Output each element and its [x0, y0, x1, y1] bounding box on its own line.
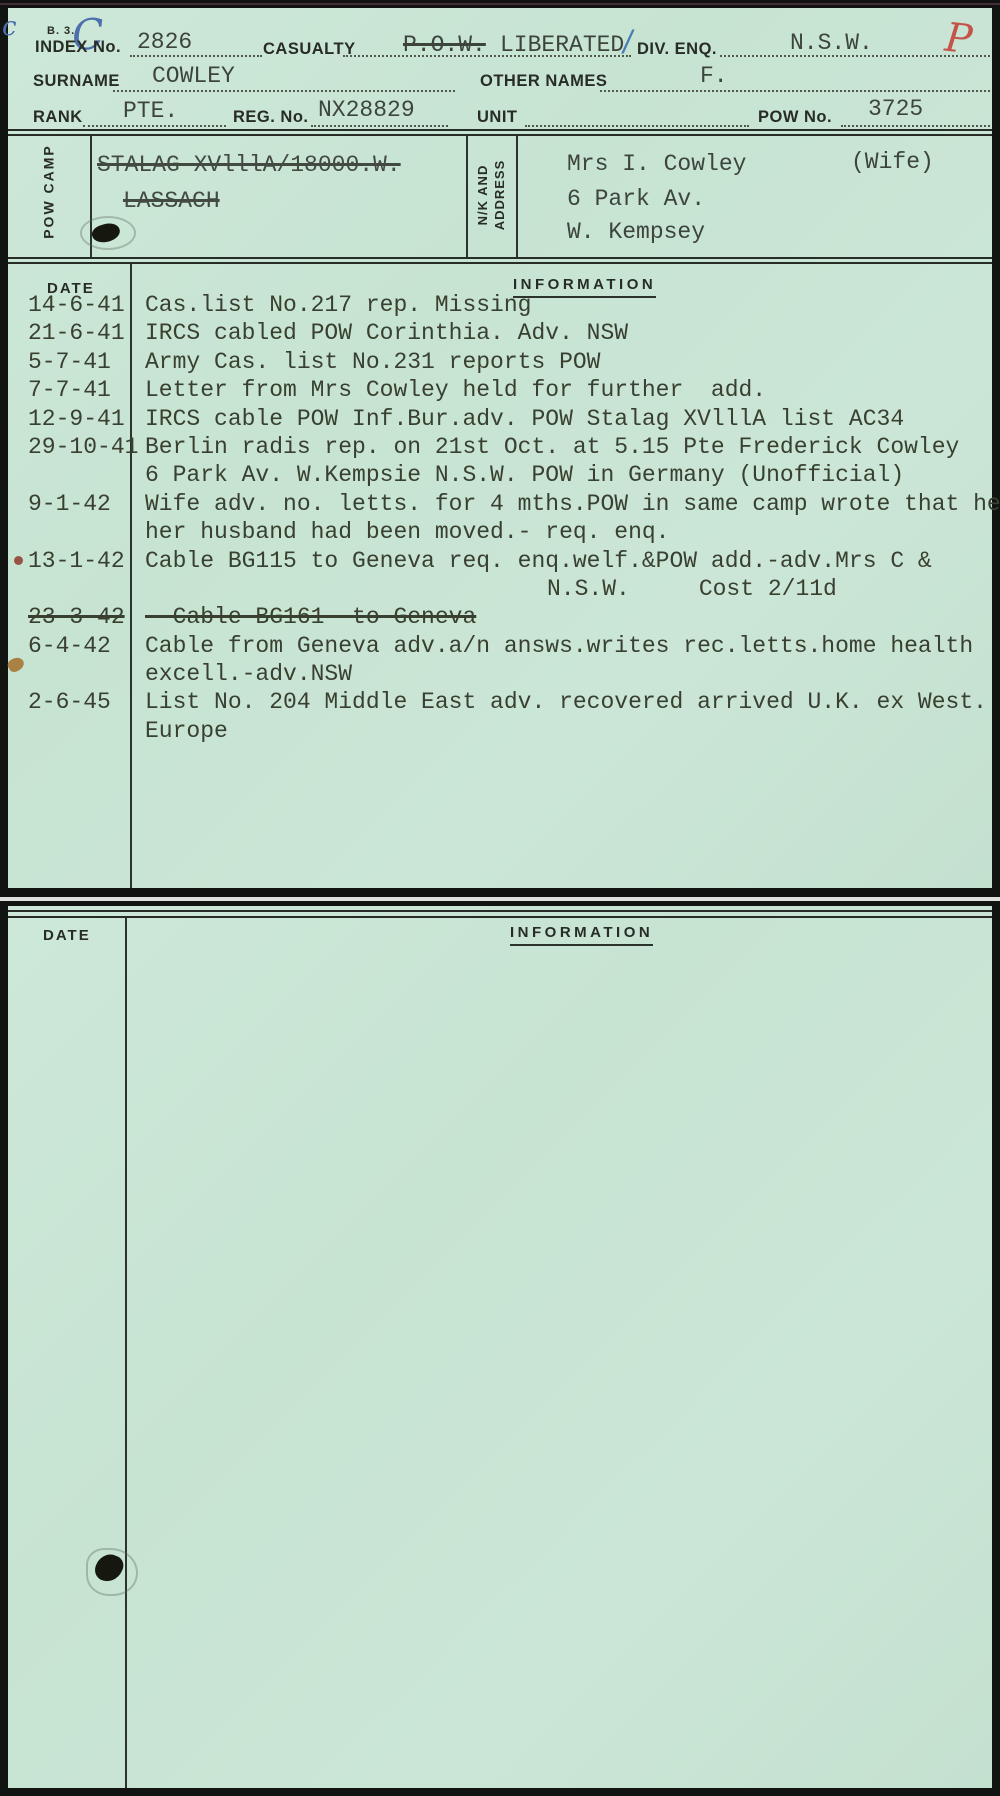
entry-date: 6-4-42 — [28, 632, 111, 660]
entry-date: 9-1-42 — [28, 490, 111, 518]
pow-record-card-front: c B. 3. C INDEX No. 2826 CASUALTY P.O.W.… — [8, 8, 992, 888]
table-row-line: 29-10-41Berlin radis rep. on 21st Oct. a… — [8, 433, 992, 461]
div-enq-label: DIV. ENQ. — [637, 40, 717, 59]
red-annotation-dot — [14, 556, 23, 565]
information-column-header: INFORMATION — [510, 924, 653, 946]
pow-record-card-back: DATE INFORMATION — [8, 906, 992, 1788]
entry-text: N.S.W. Cost 2/11d — [547, 575, 837, 603]
index-no-dotted-line — [130, 55, 262, 57]
entry-text: Army Cas. list No.231 reports POW — [145, 348, 600, 376]
entry-date: 12-9-41 — [28, 405, 125, 433]
horizontal-rule — [8, 134, 992, 136]
entry-date: 2-6-45 — [28, 688, 111, 716]
scan-edge-artifact — [0, 3, 1000, 5]
nok-address-vertical-label: N/K AND ADDRESS — [474, 140, 508, 250]
entry-date: 13-1-42 — [28, 547, 125, 575]
other-names-label: OTHER NAMES — [480, 72, 607, 91]
entry-date: 7-7-41 — [28, 376, 111, 404]
reg-no-dotted-line — [311, 125, 448, 127]
entry-text: Cable from Geneva adv.a/n answs.writes r… — [145, 632, 973, 660]
table-row-line: Europe — [8, 717, 992, 745]
surname-label: SURNAME — [33, 72, 120, 91]
index-no-label: INDEX No. — [35, 38, 121, 57]
table-row-line: 5-7-41Army Cas. list No.231 reports POW — [8, 348, 992, 376]
handwritten-red-p: P — [943, 15, 975, 64]
rank-value: PTE. — [123, 98, 178, 124]
entry-text: her husband had been moved.- req. enq. — [145, 518, 670, 546]
pow-no-dotted-line — [841, 125, 990, 127]
table-row-line: 6-4-42Cable from Geneva adv.a/n answs.wr… — [8, 632, 992, 660]
entry-text: excell.-adv.NSW — [145, 660, 352, 688]
other-names-dotted-line — [600, 90, 990, 92]
horizontal-rule — [8, 262, 992, 264]
entry-text: Cas.list No.217 rep. Missing — [145, 291, 531, 319]
handwritten-small-c: c — [2, 12, 17, 42]
pow-no-label: POW No. — [758, 108, 832, 127]
table-row-line: her husband had been moved.- req. enq. — [8, 518, 992, 546]
entry-text: List No. 204 Middle East adv. recovered … — [145, 688, 987, 716]
entry-text: 6 Park Av. W.Kempsie N.S.W. POW in Germa… — [145, 461, 904, 489]
pow-no-value: 3725 — [868, 96, 923, 122]
pow-camp-line2: LASSACH — [123, 188, 220, 214]
pow-camp-vertical-label: POW CAMP — [41, 127, 58, 257]
entry-date: 14-6-41 — [28, 291, 125, 319]
unit-label: UNIT — [477, 108, 518, 127]
entry-text: Europe — [145, 717, 228, 745]
horizontal-rule — [8, 910, 992, 912]
casualty-struck-value: P.O.W. — [403, 32, 486, 58]
casualty-label: CASUALTY — [263, 40, 356, 59]
information-entries: 14-6-41Cas.list No.217 rep. Missing21-6-… — [8, 291, 992, 745]
reg-no-value: NX28829 — [318, 97, 415, 123]
table-row-line: excell.-adv.NSW — [8, 660, 992, 688]
index-no-value: 2826 — [137, 29, 192, 55]
nok-relation: (Wife) — [851, 149, 934, 175]
rank-label: RANK — [33, 108, 83, 127]
table-row-line: 7-7-41Letter from Mrs Cowley held for fu… — [8, 376, 992, 404]
entry-date: 23-3-42 — [28, 603, 125, 631]
entry-text: IRCS cabled POW Corinthia. Adv. NSW — [145, 319, 628, 347]
handwritten-slash: / — [623, 24, 632, 61]
other-names-value: F. — [700, 63, 728, 89]
vertical-divider — [516, 135, 518, 259]
nok-address-line1: 6 Park Av. — [567, 186, 705, 212]
horizontal-rule — [8, 257, 992, 259]
table-row-line: 23-3-42- Cable BG161- to Geneva — [8, 603, 992, 631]
reg-no-label: REG. No. — [233, 108, 309, 127]
entry-text: IRCS cable POW Inf.Bur.adv. POW Stalag X… — [145, 405, 904, 433]
table-row-line: 21-6-41IRCS cabled POW Corinthia. Adv. N… — [8, 319, 992, 347]
nok-name: Mrs I. Cowley — [567, 151, 746, 177]
table-row-line: N.S.W. Cost 2/11d — [8, 575, 992, 603]
entry-text: Cable BG115 to Geneva req. enq.welf.&POW… — [145, 547, 932, 575]
table-row-line: 2-6-45List No. 204 Middle East adv. reco… — [8, 688, 992, 716]
date-column-divider — [125, 918, 127, 1788]
entry-date: 29-10-41 — [28, 433, 138, 461]
unit-dotted-line — [525, 125, 749, 127]
scanned-pow-record-photo: c B. 3. C INDEX No. 2826 CASUALTY P.O.W.… — [0, 0, 1000, 1796]
vertical-divider — [466, 135, 468, 259]
entry-text: - Cable BG161- to Geneva — [145, 603, 476, 631]
table-row-line: 9-1-42Wife adv. no. letts. for 4 mths.PO… — [8, 490, 992, 518]
surname-dotted-line — [113, 90, 455, 92]
entry-date: 21-6-41 — [28, 319, 125, 347]
rank-dotted-line — [83, 125, 226, 127]
entry-text: Wife adv. no. letts. for 4 mths.POW in s… — [145, 490, 1000, 518]
table-row-line: 6 Park Av. W.Kempsie N.S.W. POW in Germa… — [8, 461, 992, 489]
entry-text: Letter from Mrs Cowley held for further … — [145, 376, 766, 404]
surname-value: COWLEY — [152, 63, 235, 89]
div-enq-value: N.S.W. — [790, 30, 873, 56]
entry-date: 5-7-41 — [28, 348, 111, 376]
nok-address-line2: W. Kempsey — [567, 219, 705, 245]
date-column-header: DATE — [43, 927, 91, 944]
horizontal-rule — [8, 129, 992, 131]
card-gap — [0, 897, 1000, 901]
table-row-line: 12-9-41IRCS cable POW Inf.Bur.adv. POW S… — [8, 405, 992, 433]
casualty-value: LIBERATED — [500, 32, 624, 58]
table-row-line: 13-1-42Cable BG115 to Geneva req. enq.we… — [8, 547, 992, 575]
entry-text: Berlin radis rep. on 21st Oct. at 5.15 P… — [145, 433, 959, 461]
pow-camp-line1: STALAG XVlllA/18000.W. — [97, 152, 401, 178]
horizontal-rule — [8, 916, 992, 918]
table-row-line: 14-6-41Cas.list No.217 rep. Missing — [8, 291, 992, 319]
